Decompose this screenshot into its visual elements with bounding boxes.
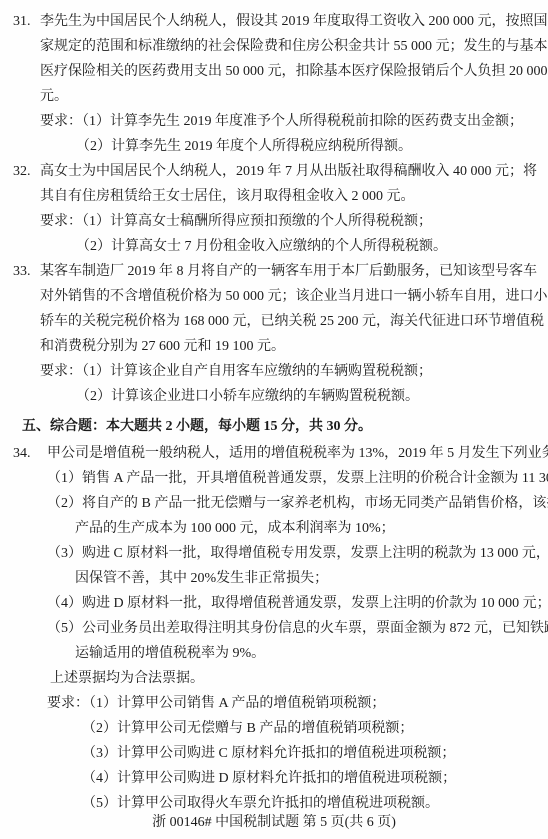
question-body-line: 李先生为中国居民个人纳税人，假设其 2019 年度取得工资收入 200 000 … bbox=[40, 9, 538, 34]
question-item-line: （1）销售 A 产品一批，开具增值税普通发票，发票上注明的价税合计金额为 11 … bbox=[47, 466, 538, 491]
requirement-line: 要求：（1）计算甲公司销售 A 产品的增值税销项税额； bbox=[47, 691, 538, 716]
requirement-line: （2）计算该企业进口小轿车应缴纳的车辆购置税税额。 bbox=[40, 384, 538, 409]
question-item-line: 产品的生产成本为 100 000 元，成本利润率为 10%； bbox=[47, 516, 538, 541]
requirement-line: （2）计算甲公司无偿赠与 B 产品的增值税销项税额； bbox=[47, 716, 538, 741]
question-body-line: 轿车的关税完税价格为 168 000 元，已纳关税 25 200 元，海关代征进… bbox=[40, 309, 538, 334]
question-body-line: 高女士为中国居民个人纳税人，2019 年 7 月从出版社取得稿酬收入 40 00… bbox=[40, 159, 538, 184]
exam-page: 31. 李先生为中国居民个人纳税人，假设其 2019 年度取得工资收入 200 … bbox=[0, 0, 548, 839]
requirement-line: 要求：（1）计算该企业自产自用客车应缴纳的车辆购置税税额； bbox=[40, 359, 538, 384]
question-note-line: 上述票据均为合法票据。 bbox=[47, 666, 538, 691]
section-heading: 五、综合题：本大题共 2 小题，每小题 15 分，共 30 分。 bbox=[13, 414, 538, 439]
question-33: 33. 某客车制造厂 2019 年 8 月将自产的一辆客车用于本厂后勤服务，已知… bbox=[13, 259, 538, 409]
question-item-line: （4）购进 D 原材料一批，取得增值税普通发票，发票上注明的价款为 10 000… bbox=[47, 591, 538, 616]
requirement-line: （2）计算李先生 2019 年度个人所得税应纳税所得额。 bbox=[40, 134, 538, 159]
question-item-line: （3）购进 C 原材料一批，取得增值税专用发票，发票上注明的税款为 13 000… bbox=[47, 541, 538, 566]
question-31: 31. 李先生为中国居民个人纳税人，假设其 2019 年度取得工资收入 200 … bbox=[13, 9, 538, 159]
question-body-line: 元。 bbox=[40, 84, 538, 109]
question-intro-line: 甲公司是增值税一般纳税人，适用的增值税税率为 13%，2019 年 5 月发生下… bbox=[47, 441, 538, 466]
question-number: 34. bbox=[13, 441, 31, 466]
requirement-line: 要求：（1）计算李先生 2019 年度准予个人所得税税前扣除的医药费支出金额； bbox=[40, 109, 538, 134]
question-item-line: （2）将自产的 B 产品一批无偿赠与一家养老机构，市场无同类产品销售价格，该批 bbox=[47, 491, 538, 516]
question-body-line: 其自有住房租赁给王女士居住，该月取得租金收入 2 000 元。 bbox=[40, 184, 538, 209]
requirement-line: （4）计算甲公司购进 D 原材料允许抵扣的增值税进项税额； bbox=[47, 766, 538, 791]
question-item-line: （5）公司业务员出差取得注明其身份信息的火车票，票面金额为 872 元，已知铁路 bbox=[47, 616, 538, 641]
question-32: 32. 高女士为中国居民个人纳税人，2019 年 7 月从出版社取得稿酬收入 4… bbox=[13, 159, 538, 259]
question-34: 34. 甲公司是增值税一般纳税人，适用的增值税税率为 13%，2019 年 5 … bbox=[13, 441, 538, 816]
question-item-line: 运输适用的增值税税率为 9%。 bbox=[47, 641, 538, 666]
question-number: 31. bbox=[13, 9, 31, 34]
requirement-line: 要求：（1）计算高女士稿酬所得应预扣预缴的个人所得税税额； bbox=[40, 209, 538, 234]
requirement-line: （3）计算甲公司购进 C 原材料允许抵扣的增值税进项税额； bbox=[47, 741, 538, 766]
page-footer-text: 浙 00146# 中国税制试题 第 5 页(共 6 页) bbox=[152, 815, 396, 830]
requirement-line: （2）计算高女士 7 月份租金收入应缴纳的个人所得税税额。 bbox=[40, 234, 538, 259]
question-body-line: 和消费税分别为 27 600 元和 19 100 元。 bbox=[40, 334, 538, 359]
question-number: 32. bbox=[13, 159, 31, 184]
question-body-line: 家规定的范围和标准缴纳的社会保险费和住房公积金共计 55 000 元；发生的与基… bbox=[40, 34, 538, 59]
question-item-line: 因保管不善，其中 20%发生非正常损失； bbox=[47, 566, 538, 591]
question-body-line: 对外销售的不含增值税价格为 50 000 元；该企业当月进口一辆小轿车自用，进口… bbox=[40, 284, 538, 309]
question-body-line: 医疗保险相关的医药费用支出 50 000 元，扣除基本医疗保险报销后个人负担 2… bbox=[40, 59, 538, 84]
question-number: 33. bbox=[13, 259, 31, 284]
question-body-line: 某客车制造厂 2019 年 8 月将自产的一辆客车用于本厂后勤服务，已知该型号客… bbox=[40, 259, 538, 284]
page-footer: 浙 00146# 中国税制试题 第 5 页(共 6 页) bbox=[0, 810, 548, 835]
